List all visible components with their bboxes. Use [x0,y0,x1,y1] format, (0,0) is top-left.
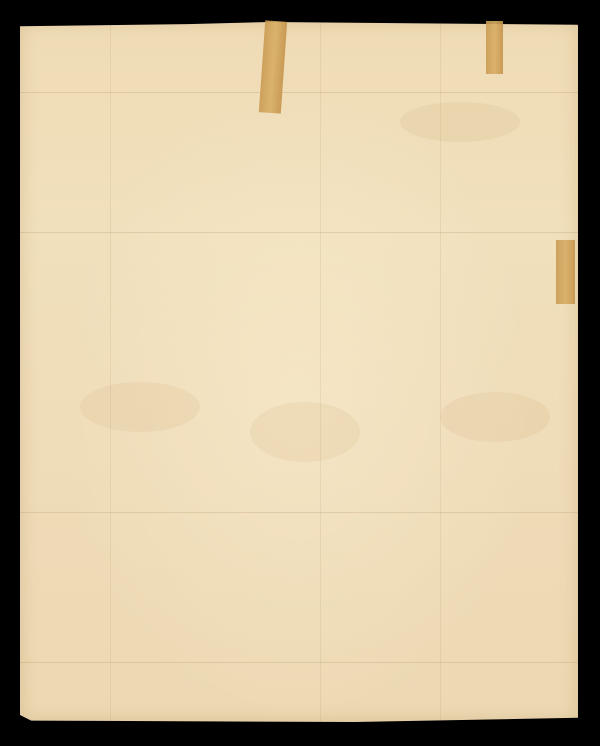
fold-line [20,512,578,513]
fold-line [20,92,578,93]
stain [400,102,520,142]
tape-strip [486,21,503,74]
fold-line [110,22,111,722]
fold-line [20,232,578,233]
tape-strip [556,240,575,304]
paper-sheet [20,22,578,722]
stain [250,402,360,462]
fold-line [20,662,578,663]
fold-line [320,22,321,722]
stain [440,392,550,442]
stain [80,382,200,432]
